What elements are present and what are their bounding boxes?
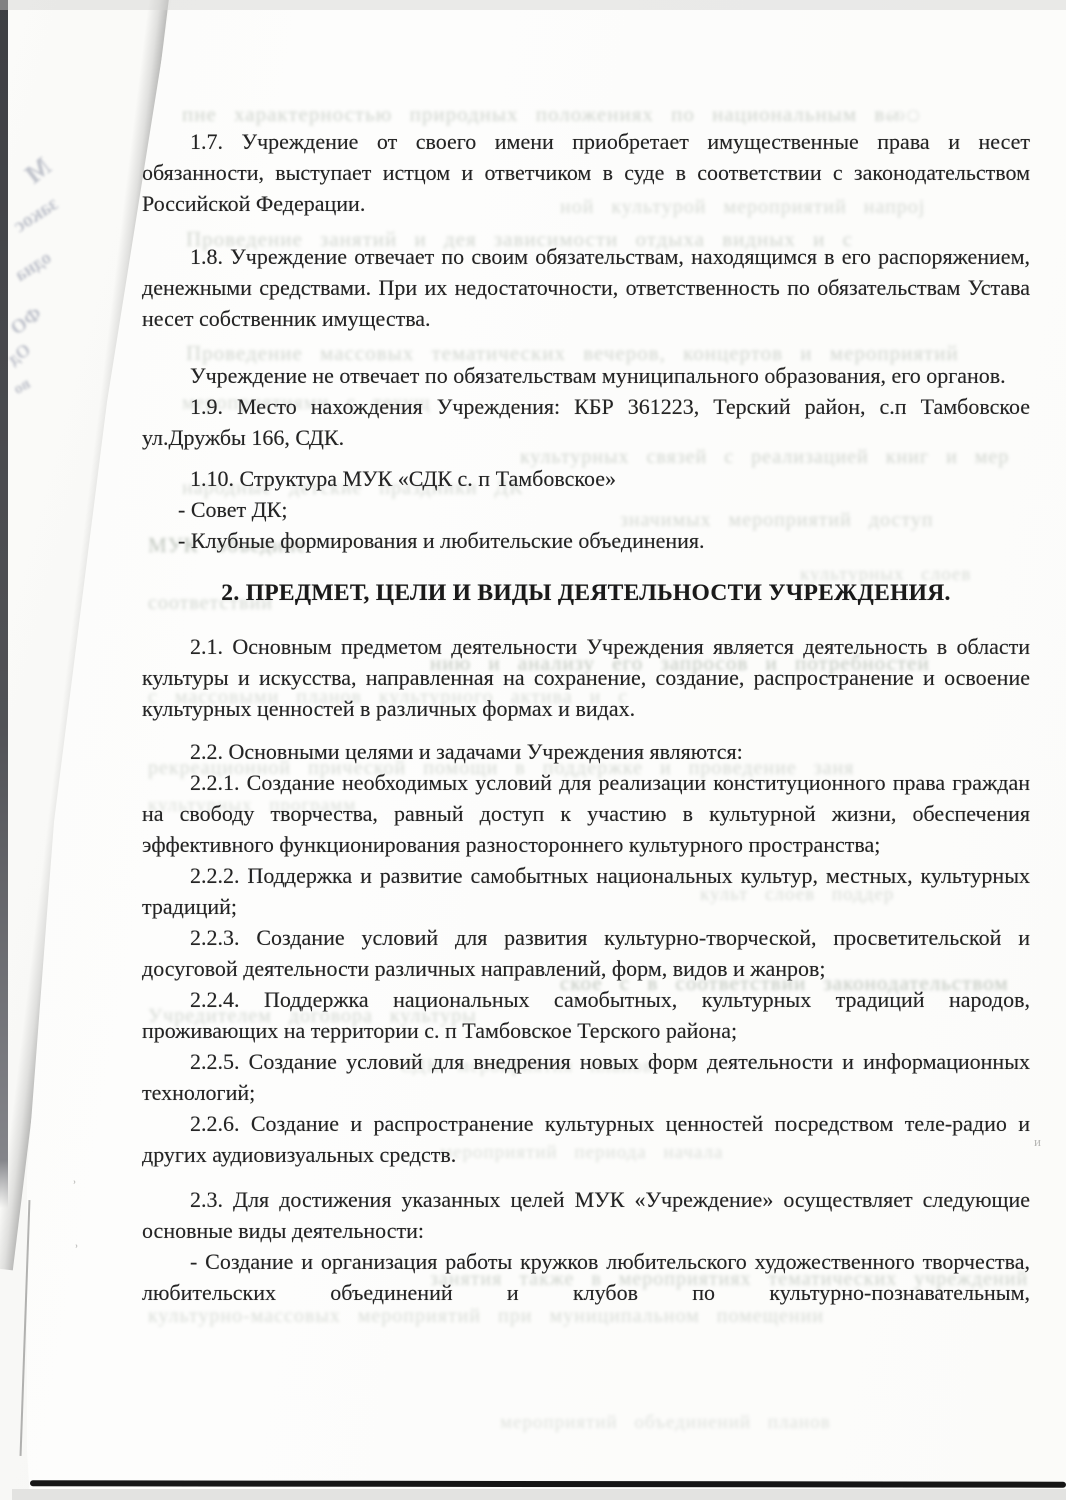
section-p-1-8: 1.8. Учреждение отвечает по своим обязат…: [142, 241, 1030, 334]
scan-speck: ˒: [72, 1172, 77, 1189]
section-p-2-1: 2.1. Основным предметом деятельности Учр…: [142, 631, 1030, 724]
section-p-2-2-6: 2.2.6. Создание и распространение культу…: [142, 1108, 1030, 1170]
section-p-2-2-3: 2.2.3. Создание условий для развития кул…: [142, 922, 1030, 984]
section-p-1-10: 1.10. Структура МУК «СДК с. п Тамбовское…: [142, 463, 1030, 494]
section-p-1-7: 1.7. Учреждение от своего имени приобрет…: [142, 126, 1030, 219]
section-p-ne-otvechaet: Учреждение не отвечает по обязательствам…: [142, 360, 1030, 391]
bleed-through-line: мероприятий объединений планов: [500, 1412, 1000, 1434]
section-li-sovet-dk: - Совет ДК;: [142, 494, 1030, 525]
section-p-2-3: 2.3. Для достижения указанных целей МУК …: [142, 1184, 1030, 1246]
section-li-klubnye: - Клубные формирования и любительские об…: [142, 525, 1030, 556]
section-p-2-2-1: 2.2.1. Создание необходимых условий для …: [142, 767, 1030, 860]
section-p-1-9: 1.9. Место нахождения Учреждения: КБР 36…: [142, 391, 1030, 453]
section-p-2-2-5: 2.2.5. Создание условий для внедрения но…: [142, 1046, 1030, 1108]
section-p-2-2-2: 2.2.2. Поддержка и развитие самобытных н…: [142, 860, 1030, 922]
bleed-through-line: пне характерностью природных положениях …: [182, 102, 1022, 129]
section-p-2-2: 2.2. Основными целями и задачами Учрежде…: [142, 736, 1030, 767]
section-h-2: 2. ПРЕДМЕТ, ЦЕЛИ И ВИДЫ ДЕЯТЕЛЬНОСТИ УЧР…: [142, 578, 1030, 609]
bleed-through-line: культурно-массовых мероприятий при муниц…: [148, 1305, 1028, 1328]
scan-speck: ˒: [74, 1236, 79, 1253]
section-p-2-2-4: 2.2.4. Поддержка национальных самобытных…: [142, 984, 1030, 1046]
scan-top-haze: [0, 0, 1066, 10]
scan-speck: и: [1034, 1134, 1041, 1150]
scanned-page: пне характерностью природных положениях …: [0, 0, 1066, 1500]
scanned-document-canvas: МзакосоднаФООдво пне характерностью прир…: [0, 0, 1066, 1500]
document-text: 1.7. Учреждение от своего имени приобрет…: [142, 126, 1030, 1308]
scan-background-strip: [12, 1489, 1066, 1500]
scanner-edge-shadow: [0, 0, 8, 1208]
section-li-sozdanie-kruzhkov: - Создание и организация работы кружков …: [142, 1246, 1030, 1308]
